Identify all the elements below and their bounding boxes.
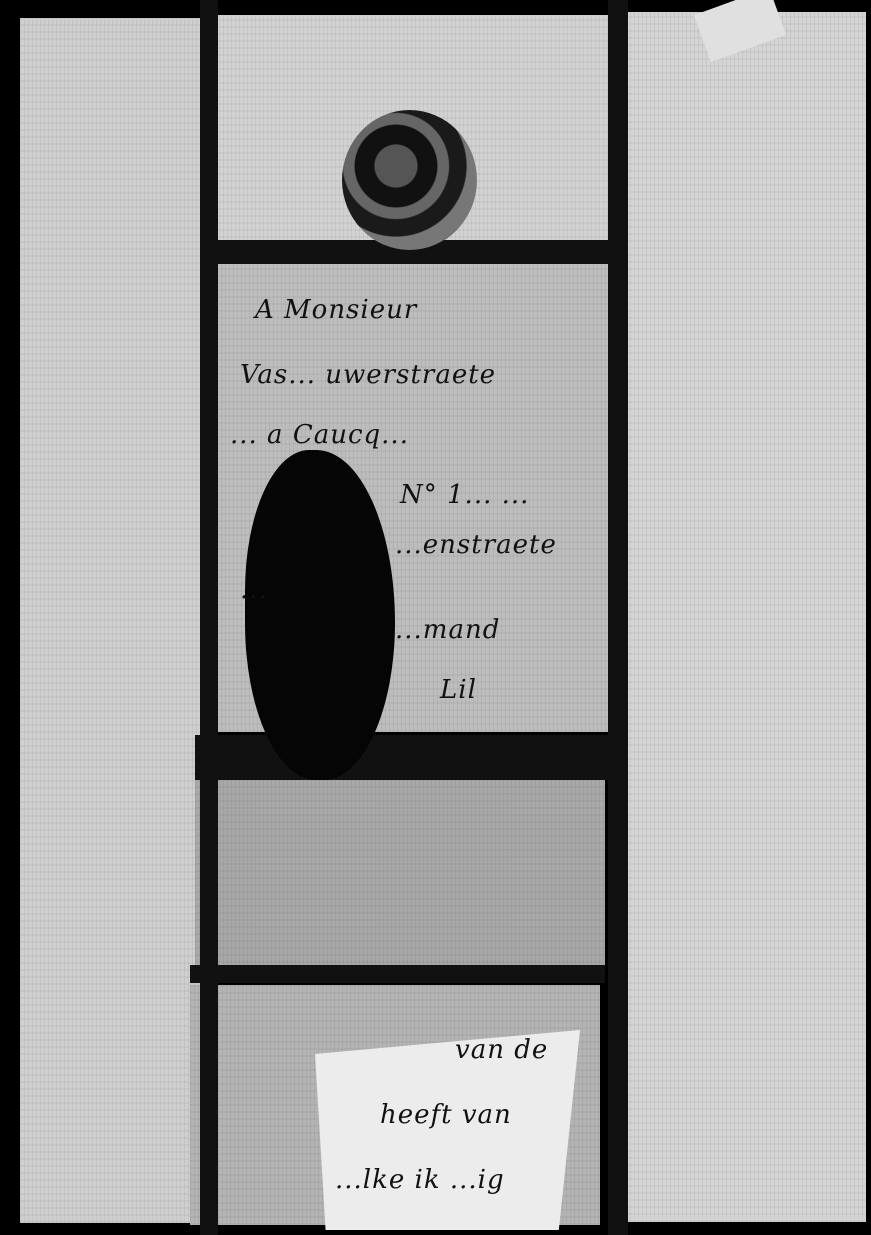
address-line-8: Lil bbox=[440, 675, 477, 705]
fold-line-middle bbox=[195, 735, 610, 780]
address-line-5: ...enstraete bbox=[395, 530, 557, 560]
fold-line-left bbox=[200, 0, 218, 1235]
fold-line-right bbox=[608, 0, 628, 1235]
wax-seal bbox=[342, 110, 477, 250]
address-line-6: ... bbox=[240, 575, 268, 605]
address-line-4: N° 1... ... bbox=[400, 480, 529, 510]
address-line-3: ... a Caucq... bbox=[230, 420, 409, 450]
center-lower-panel bbox=[195, 780, 605, 970]
fragment-line-1: van de bbox=[455, 1035, 548, 1065]
address-line-7: ...mand bbox=[395, 615, 500, 645]
left-flap bbox=[20, 18, 200, 1223]
address-line-2: Vas... uwerstraete bbox=[240, 360, 496, 390]
fragment-line-2: heeft van bbox=[380, 1100, 512, 1130]
fold-line-lower bbox=[190, 965, 605, 983]
right-flap bbox=[626, 12, 866, 1222]
address-line-1: A Monsieur bbox=[255, 295, 417, 325]
fragment-line-3: ...lke ik ...ig bbox=[335, 1165, 505, 1195]
